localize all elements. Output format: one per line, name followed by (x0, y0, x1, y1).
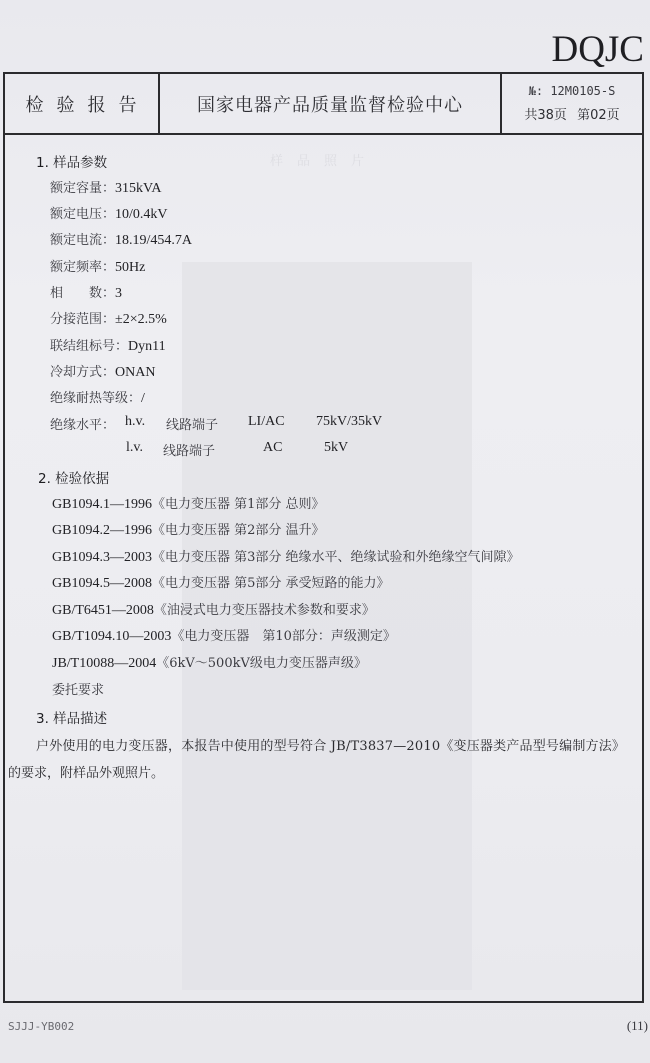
standard-name: 《油浸式电力变压器技术参数和要求》 (154, 603, 375, 618)
center-name-cell: 国家电器产品质量监督检验中心 (160, 74, 502, 133)
report-title-cell: 检验报告 (5, 74, 160, 133)
insulation-label: 绝缘水平： (50, 414, 115, 433)
param-value: ONAN (115, 365, 155, 380)
param-value: 50Hz (115, 260, 145, 275)
standard-name: 《电力变压器 第2部分 温升》 (152, 523, 325, 538)
standard-code: GB1094.1—1996 (52, 497, 152, 512)
insulation-value: 75kV/35kV (316, 414, 382, 430)
param-row: 冷却方式：ONAN (50, 361, 155, 381)
param-label: 分接范围： (50, 312, 115, 327)
report-number-label: №: (529, 84, 543, 98)
param-row: 额定频率：50Hz (50, 256, 145, 276)
standard-row: GB1094.2—1996《电力变压器 第2部分 温升》 (52, 519, 325, 539)
param-label: 额定电压： (50, 207, 115, 222)
param-label: 联结组标号： (50, 339, 128, 354)
standard-code: GB/T6451—2008 (52, 603, 154, 618)
param-row: 额定电流：18.19/454.7A (50, 229, 192, 249)
insulation-row-lv: l.v. 线路端子 AC 5kV (0, 440, 650, 460)
insulation-value: 5kV (324, 440, 348, 456)
standard-name: 《6kV～500kV级电力变压器声级》 (156, 656, 367, 671)
center-name: 国家电器产品质量监督检验中心 (197, 91, 463, 117)
standard-code: GB1094.3—2003 (52, 550, 152, 565)
total-pages: 共38页 (524, 108, 567, 123)
param-label: 额定容量： (50, 181, 115, 196)
report-title: 检验报告 (14, 91, 150, 117)
current-page: 第02页 (577, 108, 620, 123)
standard-row: JB/T10088—2004《6kV～500kV级电力变压器声级》 (52, 652, 367, 672)
insulation-side: h.v. (125, 414, 145, 430)
standard-name: 《电力变压器 第1部分 总则》 (152, 497, 325, 512)
standard-code: GB/T1094.10—2003 (52, 629, 171, 644)
insulation-type: LI/AC (248, 414, 285, 430)
standard-code: JB/T10088—2004 (52, 656, 156, 671)
param-value: / (141, 391, 145, 406)
report-header: 检验报告 国家电器产品质量监督检验中心 №: 12M0105-S 共38页 第0… (5, 74, 642, 135)
param-row: 绝缘耐热等级：/ (50, 387, 145, 407)
brand-mark: DQJC (551, 30, 644, 70)
standard-row: GB/T1094.10—2003《电力变压器 第10部分：声级测定》 (52, 625, 396, 645)
standard-code: GB1094.5—2008 (52, 576, 152, 591)
standard-name: 委托要求 (52, 683, 104, 698)
standard-name: 《电力变压器 第3部分 绝缘水平、绝缘试验和外绝缘空气间隙》 (152, 550, 520, 565)
section-3-title: 3. 样品描述 (36, 707, 107, 727)
param-value: ±2×2.5% (115, 312, 167, 327)
standard-row: 委托要求 (52, 679, 104, 698)
standard-name: 《电力变压器 第10部分：声级测定》 (171, 629, 396, 644)
standard-row: GB1094.3—2003《电力变压器 第3部分 绝缘水平、绝缘试验和外绝缘空气… (52, 546, 520, 566)
param-row: 联结组标号：Dyn11 (50, 335, 166, 355)
insulation-row-hv: 绝缘水平： h.v. 线路端子 LI/AC 75kV/35kV (0, 414, 650, 434)
standard-name: 《电力变压器 第5部分 承受短路的能力》 (152, 576, 390, 591)
section-1-title: 1. 样品参数 (36, 151, 107, 171)
param-label: 相 数： (50, 286, 115, 301)
report-meta-cell: №: 12M0105-S 共38页 第02页 (502, 74, 642, 133)
param-value: Dyn11 (128, 339, 166, 354)
description-line-2: 的要求，附样品外观照片。 (8, 762, 164, 781)
insulation-terminal: 线路端子 (163, 440, 215, 459)
param-row: 额定电压：10/0.4kV (50, 203, 168, 223)
insulation-type: AC (263, 440, 282, 456)
param-row: 分接范围：±2×2.5% (50, 308, 167, 328)
param-row: 额定容量：315kVA (50, 177, 161, 197)
insulation-terminal: 线路端子 (166, 414, 218, 433)
param-label: 绝缘耐热等级： (50, 391, 141, 406)
param-label: 冷却方式： (50, 365, 115, 380)
param-value: 10/0.4kV (115, 207, 168, 222)
page-count: 共38页 第02页 (521, 104, 622, 123)
section-2-title: 2. 检验依据 (38, 467, 109, 487)
param-row: 相 数：3 (50, 282, 122, 302)
param-label: 额定频率： (50, 260, 115, 275)
standard-code: GB1094.2—1996 (52, 523, 152, 538)
description-line-1: 户外使用的电力变压器，本报告中使用的型号符合 JB/T3837—2010《变压器… (36, 735, 625, 754)
standard-row: GB/T6451—2008《油浸式电力变压器技术参数和要求》 (52, 599, 375, 619)
standard-row: GB1094.1—1996《电力变压器 第1部分 总则》 (52, 493, 325, 513)
insulation-side: l.v. (126, 440, 143, 456)
param-value: 18.19/454.7A (115, 233, 192, 248)
param-value: 3 (115, 286, 122, 301)
standard-row: GB1094.5—2008《电力变压器 第5部分 承受短路的能力》 (52, 572, 390, 592)
page-number: (11) (627, 1018, 648, 1034)
report-number-value: 12M0105-S (550, 84, 615, 98)
form-code: SJJJ-YB002 (8, 1020, 74, 1033)
report-number: №: 12M0105-S (529, 84, 616, 98)
param-value: 315kVA (115, 181, 161, 196)
param-label: 额定电流： (50, 233, 115, 248)
